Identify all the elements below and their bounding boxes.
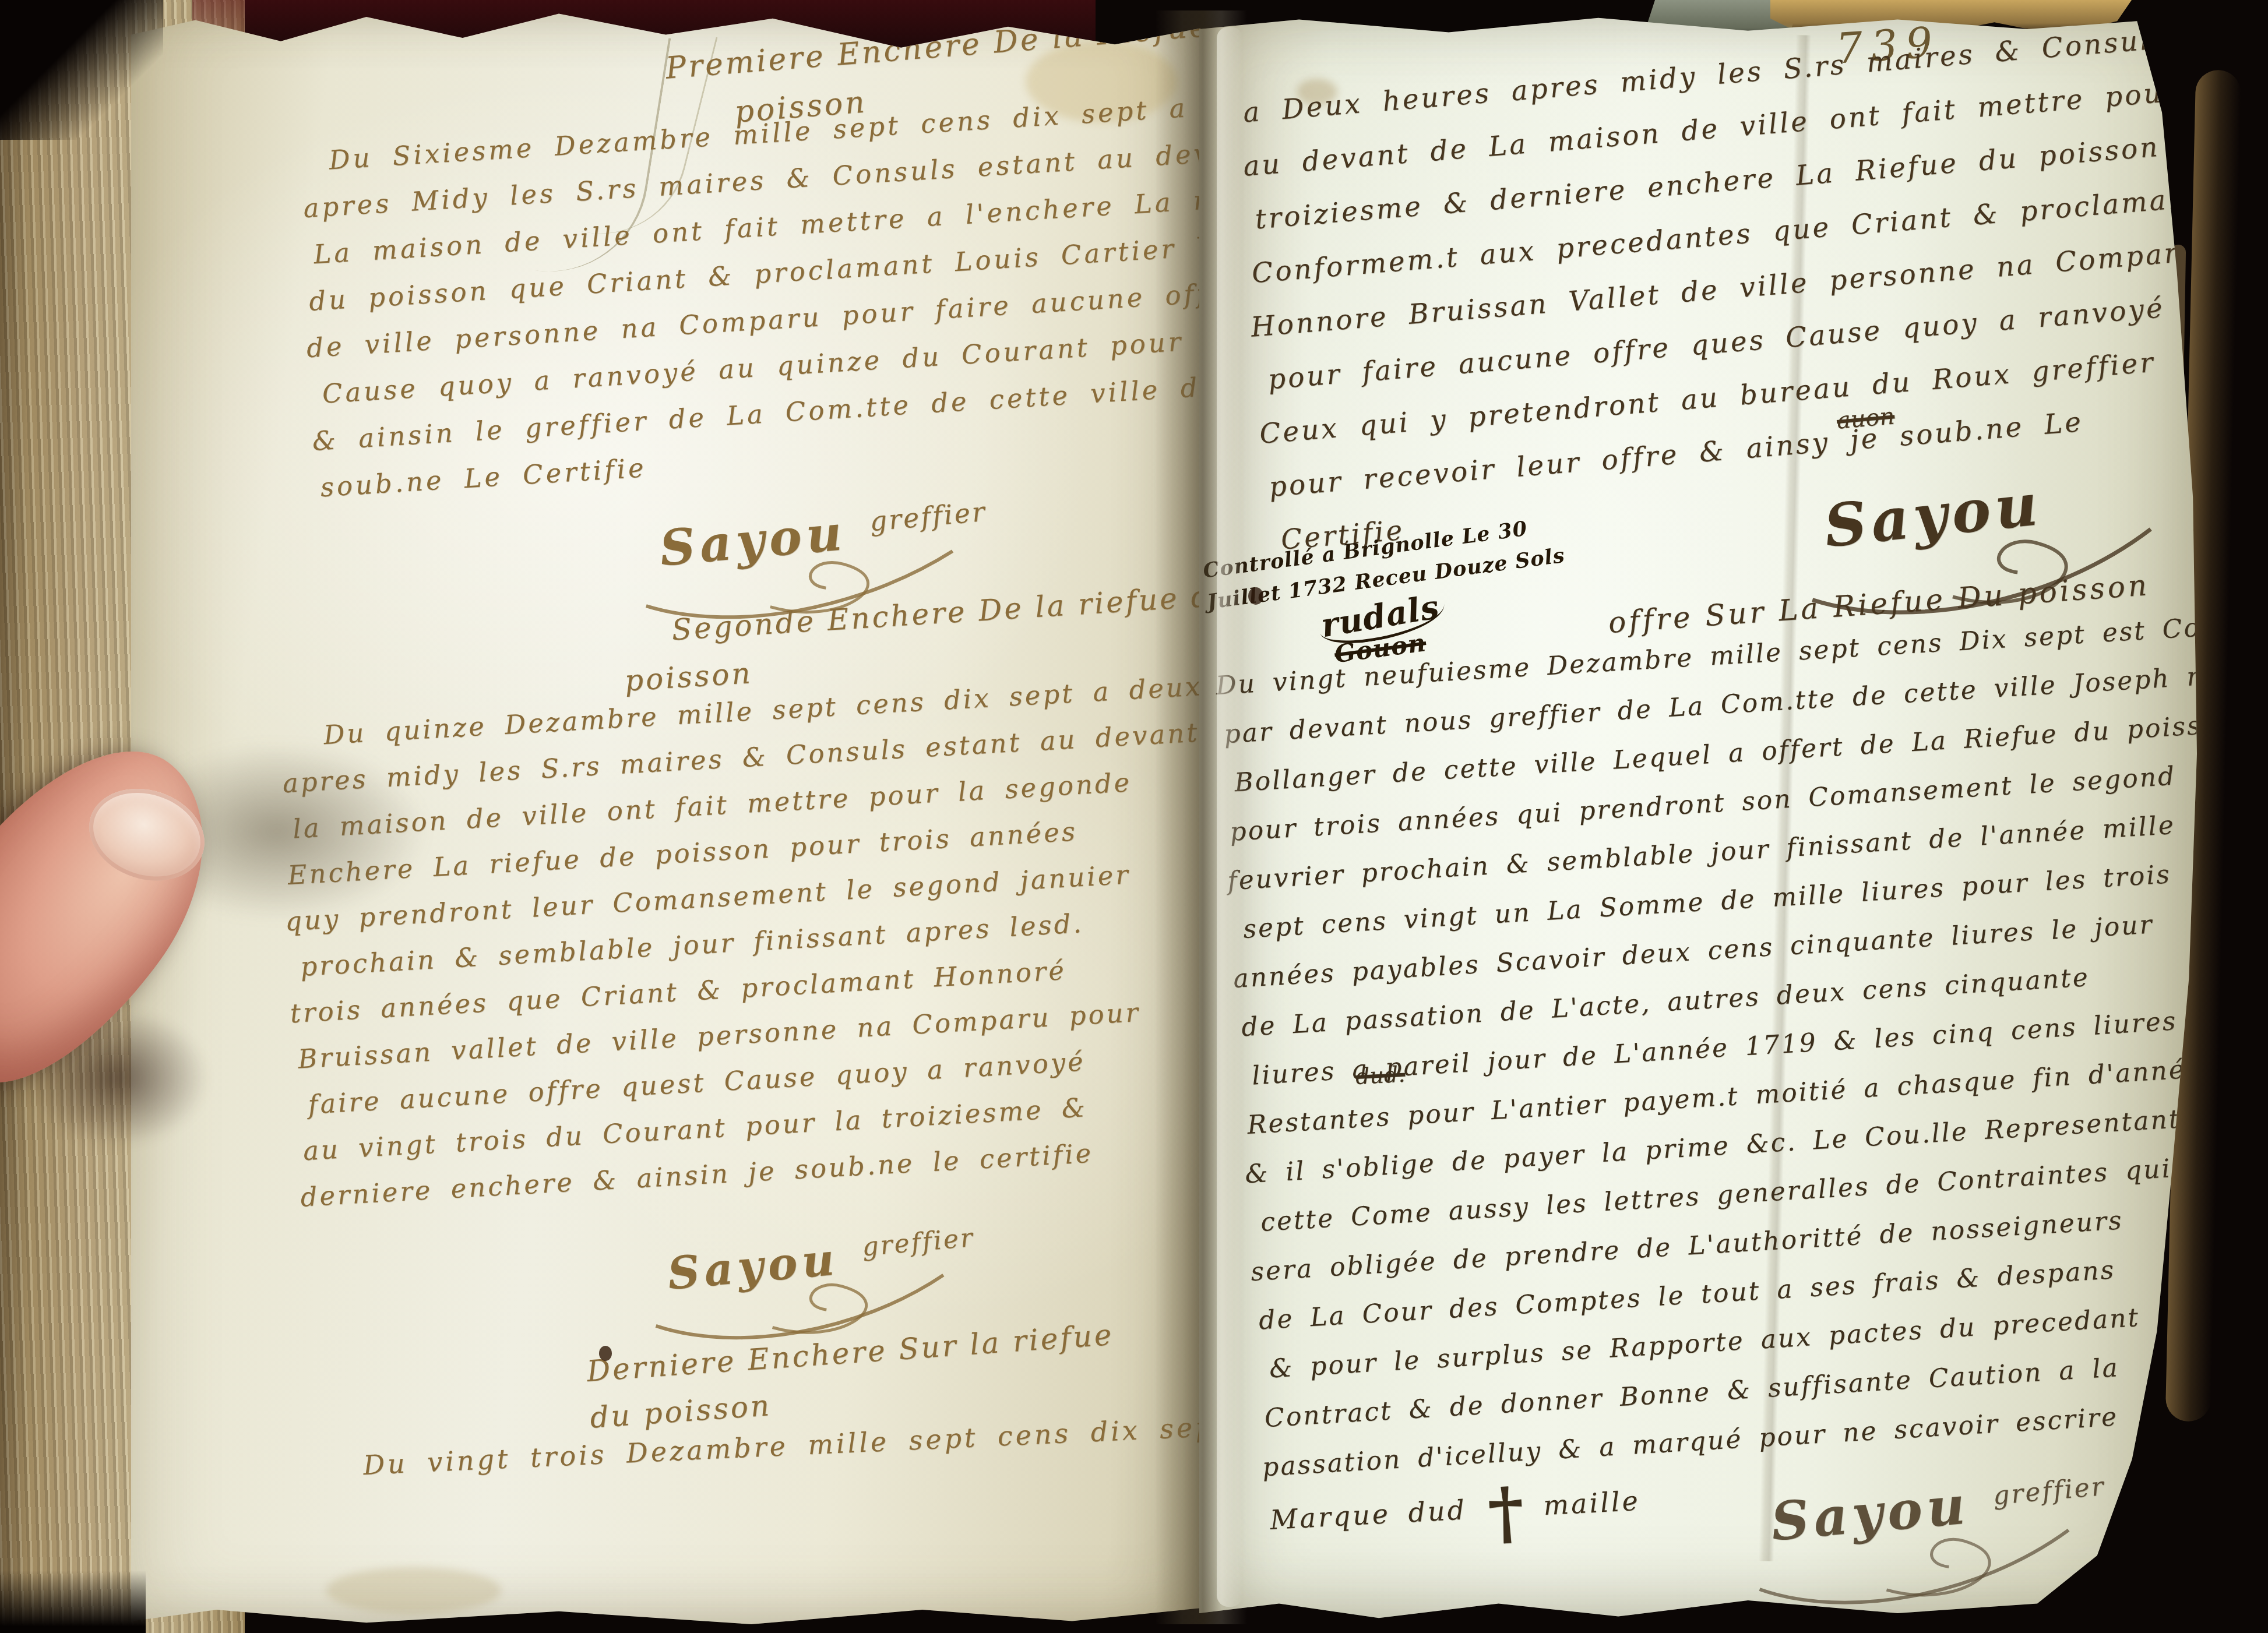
signature-name: Sayou: [665, 1233, 841, 1299]
signature-sayou-4: Sayougreffier: [1769, 1462, 2108, 1553]
signature-sayou-1: Sayougreffier: [657, 491, 989, 577]
mark-prefix: Marque dud: [1269, 1494, 1467, 1536]
signature-name: Sayou: [1769, 1474, 1972, 1553]
heading-derniere-enchere: Derniere Enchere Sur la riefue du poisso…: [586, 1318, 1118, 1435]
manuscript-photo: Premiere Enchere De la Riefue poisson Du…: [0, 0, 2268, 1633]
signature-title: greffier: [868, 496, 988, 537]
cross-mark-icon: †: [1486, 1471, 1529, 1554]
paragraph-offre-joseph-maille: Du vingt neufuiesme Dezambre mille sept …: [1215, 607, 2268, 1501]
ink-blot: [1248, 587, 1263, 605]
struck-word: auon: [1836, 403, 1896, 434]
dark-corner-bottom-left: [0, 1567, 146, 1633]
signature-title: greffier: [861, 1223, 975, 1262]
paragraph-troiziesme-enchere: a Deux heures apres midy les S.rs maires…: [1232, 13, 2268, 579]
struck-word: dud.: [1355, 1061, 1406, 1089]
signature-sayou-2: Sayougreffier: [665, 1221, 977, 1300]
signature-name: Sayou: [657, 503, 848, 577]
gutter-highlight: [1217, 27, 1242, 1607]
right-page: 739 a Deux heures apres midy les S.rs ma…: [1199, 16, 2197, 1620]
mark-name: maille: [1542, 1485, 1641, 1522]
signature-title: greffier: [1992, 1472, 2107, 1511]
dark-corner-top-left: [0, 0, 163, 140]
date-line: Du vingt trois Dezambre mille sept cens …: [362, 1410, 1230, 1481]
paper-stain: [326, 1567, 501, 1614]
ink-blot: [599, 1346, 612, 1361]
